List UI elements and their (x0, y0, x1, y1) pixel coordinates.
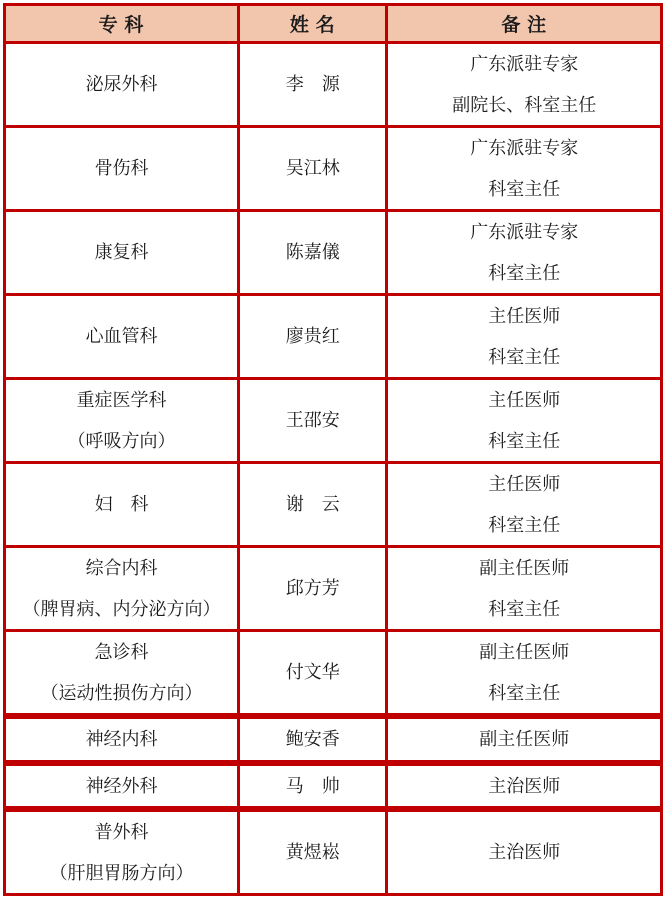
specialty-cell: 妇 科 (5, 463, 239, 547)
remark-cell: 广东派驻专家 副院长、科室主任 (387, 43, 662, 127)
remark-cell: 主治医师 (387, 763, 662, 810)
table-row: 妇 科 谢 云 主任医师 科室主任 (5, 463, 662, 547)
specialty-cell: 康复科 (5, 211, 239, 295)
name-cell: 吴江林 (239, 127, 387, 211)
header-row: 专 科 姓 名 备 注 (5, 5, 662, 43)
name-cell: 付文华 (239, 631, 387, 717)
table-row: 神经内科 鲍安香 副主任医师 (5, 716, 662, 763)
name-cell: 马 帅 (239, 763, 387, 810)
table-row: 泌尿外科 李 源 广东派驻专家 副院长、科室主任 (5, 43, 662, 127)
table-row: 重症医学科 （呼吸方向） 王邵安 主任医师 科室主任 (5, 379, 662, 463)
table-row: 综合内科 （脾胃病、内分泌方向） 邱方芳 副主任医师 科室主任 (5, 547, 662, 631)
name-cell: 邱方芳 (239, 547, 387, 631)
table-row: 心血管科 廖贵红 主任医师 科室主任 (5, 295, 662, 379)
specialty-cell: 重症医学科 （呼吸方向） (5, 379, 239, 463)
remark-cell: 广东派驻专家 科室主任 (387, 127, 662, 211)
name-cell: 谢 云 (239, 463, 387, 547)
table-row: 康复科 陈嘉儀 广东派驻专家 科室主任 (5, 211, 662, 295)
name-cell: 鲍安香 (239, 716, 387, 763)
specialty-cell: 神经外科 (5, 763, 239, 810)
specialty-cell: 综合内科 （脾胃病、内分泌方向） (5, 547, 239, 631)
document-page: 专 科 姓 名 备 注 泌尿外科 李 源 广东派驻专家 副院长、科室主任 骨伤科… (0, 0, 668, 908)
specialists-table: 专 科 姓 名 备 注 泌尿外科 李 源 广东派驻专家 副院长、科室主任 骨伤科… (3, 3, 663, 896)
specialty-cell: 心血管科 (5, 295, 239, 379)
remark-cell: 副主任医师 科室主任 (387, 631, 662, 717)
table-row: 急诊科 （运动性损伤方向） 付文华 副主任医师 科室主任 (5, 631, 662, 717)
remark-cell: 主任医师 科室主任 (387, 463, 662, 547)
specialty-cell: 神经内科 (5, 716, 239, 763)
column-header-remark: 备 注 (387, 5, 662, 43)
remark-cell: 主任医师 科室主任 (387, 295, 662, 379)
remark-cell: 广东派驻专家 科室主任 (387, 211, 662, 295)
specialty-cell: 骨伤科 (5, 127, 239, 211)
remark-cell: 副主任医师 科室主任 (387, 547, 662, 631)
name-cell: 陈嘉儀 (239, 211, 387, 295)
table-row: 普外科 （肝胆胃肠方向） 黄煜崧 主治医师 (5, 809, 662, 895)
specialty-cell: 普外科 （肝胆胃肠方向） (5, 809, 239, 895)
name-cell: 王邵安 (239, 379, 387, 463)
name-cell: 黄煜崧 (239, 809, 387, 895)
remark-cell: 副主任医师 (387, 716, 662, 763)
name-cell: 廖贵红 (239, 295, 387, 379)
specialty-cell: 泌尿外科 (5, 43, 239, 127)
table-row: 神经外科 马 帅 主治医师 (5, 763, 662, 810)
column-header-specialty: 专 科 (5, 5, 239, 43)
specialty-cell: 急诊科 （运动性损伤方向） (5, 631, 239, 717)
name-cell: 李 源 (239, 43, 387, 127)
table-row: 骨伤科 吴江林 广东派驻专家 科室主任 (5, 127, 662, 211)
remark-cell: 主治医师 (387, 809, 662, 895)
remark-cell: 主任医师 科室主任 (387, 379, 662, 463)
column-header-name: 姓 名 (239, 5, 387, 43)
